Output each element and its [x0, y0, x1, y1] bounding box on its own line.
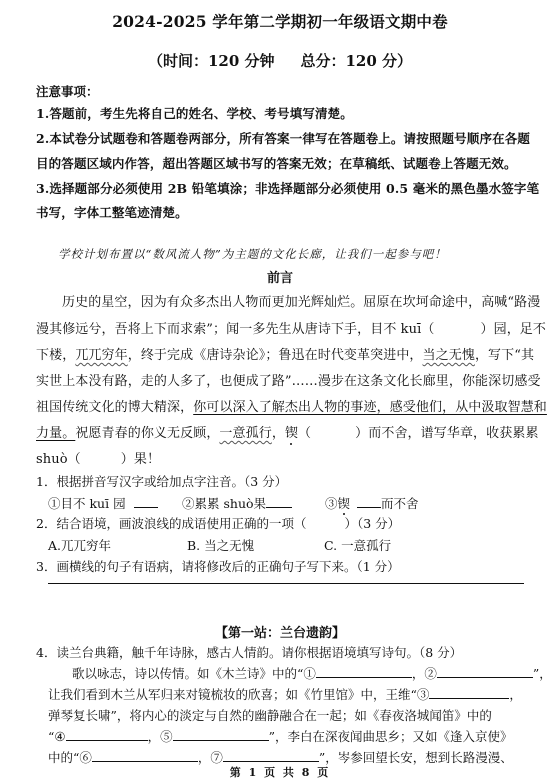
preface-line-3: 下楼，兀兀穷年，终于完成《唐诗杂论》；鲁迅在时代变革突进中，当之无愧，写下“其 [36, 344, 534, 363]
answer-blank[interactable] [266, 495, 292, 508]
question-3-stem: 3．画横线的句子有语病，请将修改后的正确句子写下来。（1 分） [36, 557, 400, 575]
preface-line-5: 祖国传统文化的博大精深，你可以深入了解杰出人物的事迹，感受他们，从中汲取智慧和 [36, 396, 547, 415]
preface-text: ）果！ [121, 452, 160, 467]
blank-7[interactable] [223, 749, 319, 762]
exam-subtitle: （时间：120 分钟总分：120 分） [0, 50, 560, 71]
preface-line-2: 漫其修远兮，吾将上下而求索”；闻一多先生从唐诗下手，目不 kuī（）园，足不 [36, 318, 546, 337]
question-1-stem: 1．根据拼音写汉字或给加点字注音。（3 分） [36, 472, 287, 490]
q4-text: 歌以咏志，诗以传情。如《木兰诗》中的“① [72, 666, 316, 681]
question-1-item-3: ③锲 而不舍 [325, 494, 419, 512]
blank-1[interactable] [316, 665, 412, 678]
q4-text: 让我们看到木兰从军归来对镜梳妆的欣喜；如《竹里馆》中，王维“③ [48, 687, 429, 702]
idiom-dangzhiwukui: 当之无愧 [423, 348, 475, 363]
dotted-char-qie: 锲 [285, 426, 298, 441]
blank-3[interactable] [429, 686, 509, 699]
stem-text: ）（3 分） [344, 516, 400, 531]
notice-line-2: 2.本试卷分试题卷和答题卷两部分，所有答案一律写在答题卷上。请按照题号顺序在各题 [36, 129, 530, 147]
question-4-line-1: 歌以咏志，诗以传情。如《木兰诗》中的“①，②”， [72, 664, 552, 682]
page-number: 第 1 页 共 8 页 [0, 764, 560, 780]
question-1-item-1: ①目不 kuī 园 [48, 494, 158, 512]
q4-text: ，⑦ [198, 750, 223, 765]
preface-text: shuò（ [36, 452, 81, 467]
item-label: ③ [325, 496, 338, 511]
time-label: （时间：120 分钟 [148, 52, 275, 70]
preface-line-1: 历史的星空，因为有众多杰出人物而更加光辉灿烂。屈原在坎坷命途中，高喊“路漫 [62, 291, 540, 310]
preface-text: （ [298, 426, 311, 441]
dotted-char-qie: 锲 [338, 496, 351, 511]
faulty-sentence-part1: 你可以深入了解杰出人物的事迹，感受他们，从中汲取智慧和 [193, 400, 547, 415]
answer-blank[interactable] [134, 495, 158, 508]
answer-blank[interactable] [357, 495, 381, 508]
q4-text: ，② [412, 666, 437, 681]
question-4-line-2: 让我们看到木兰从军归来对镜梳妆的欣喜；如《竹里馆》中，王维“③， [48, 685, 522, 703]
q4-text: 中的“⑥ [48, 750, 92, 765]
stem-text: 2．结合语境，画波浪线的成语使用正确的一项（ [36, 516, 306, 531]
faulty-sentence-part2: 力量。 [36, 426, 75, 441]
preface-text: ，写下“其 [475, 348, 534, 363]
preface-line-7: shuò（）果！ [36, 448, 160, 467]
notice-line-3: 目的答题区域内作答，超出答题区域书写的答案无效；在草稿纸、试题卷上答题无效。 [36, 154, 517, 172]
notice-line-5: 书写，字体工整笔迹清楚。 [36, 203, 188, 221]
q4-text: ”，岑参回望长安，想到长路漫漫、 [319, 750, 513, 765]
question-4-line-3: 弹琴复长啸”，将内心的淡定与自然的幽静融合在一起；如《春夜洛城闻笛》中的 [48, 706, 492, 724]
question-1-item-2: ②累累 shuò果 [182, 494, 292, 512]
preface-text: 下楼， [36, 348, 75, 363]
q4-text: ，⑤ [148, 729, 173, 744]
blank-4[interactable] [66, 728, 148, 741]
exam-title: 2024-2025 学年第二学期初一年级语文期中卷 [0, 10, 560, 32]
question-4-line-4: “④，⑤”，李白在深夜闻曲思乡；又如《逢入京使》 [48, 727, 513, 745]
item-label: ②累累 shuò果 [182, 496, 266, 511]
question-2-option-b[interactable]: B. 当之无愧 [187, 536, 254, 554]
question-4-stem: 4．读兰台典籍，触千年诗脉，感古人情韵。请你根据语境填写诗句。（8 分） [36, 643, 462, 661]
preface-text: ）园，足不 [481, 322, 547, 337]
question-3-answer-line[interactable] [48, 583, 524, 584]
preface-text: ）而不舍，谱写华章，收获累累 [355, 426, 538, 441]
question-2-option-a[interactable]: A.兀兀穷年 [48, 536, 111, 554]
preface-title: 前言 [0, 267, 560, 286]
station-1-title: 【第一站：兰台遗韵】 [0, 622, 560, 641]
blank-6[interactable] [92, 749, 198, 762]
idiom-yiyiguxing: 一意孤行 [219, 426, 271, 441]
score-label: 总分：120 分） [301, 52, 413, 70]
notice-line-1: 1.答题前，考生先将自己的姓名、学校、考号填写清楚。 [36, 104, 353, 122]
q4-text: ”， [533, 666, 552, 681]
idiom-wuwuqiongnian: 兀兀穷年 [75, 348, 127, 363]
notice-heading: 注意事项： [36, 82, 99, 100]
preface-line-4: 实世上本没有路，走的人多了，也便成了路”……漫步在这条文化长廊里，你能深切感受 [36, 370, 541, 389]
q4-text: ， [509, 687, 522, 702]
notice-line-4: 3.选择题部分必须使用 2B 铅笔填涂；非选择题部分必须使用 0.5 毫米的黑色… [36, 179, 539, 197]
blank-2[interactable] [437, 665, 533, 678]
preface-line-6: 力量。祝愿青春的你义无反顾，一意孤行，锲（）而不舍，谱写华章，收获累累 [36, 422, 539, 441]
preface-text: ， [272, 426, 285, 441]
intro-text: 学校计划布置以“数风流人物”为主题的文化长廊，让我们一起参与吧！ [58, 246, 447, 262]
blank-5[interactable] [173, 728, 269, 741]
preface-text: 祝愿青春的你义无反顾， [75, 426, 219, 441]
item-label: 而不舍 [381, 496, 419, 511]
q4-text: ”，李白在深夜闻曲思乡；又如《逢入京使》 [269, 729, 513, 744]
question-2-option-c[interactable]: C. 一意孤行 [324, 536, 391, 554]
preface-text: ，终于完成《唐诗杂论》；鲁迅在时代变革突进中， [128, 348, 423, 363]
question-2-stem: 2．结合语境，画波浪线的成语使用正确的一项（）（3 分） [36, 514, 400, 532]
preface-text: 祖国传统文化的博大精深， [36, 400, 193, 415]
preface-text: 漫其修远兮，吾将上下而求索”；闻一多先生从唐诗下手，目不 kuī（ [36, 322, 435, 337]
q4-text: “④ [48, 729, 66, 744]
item-label: ①目不 kuī 园 [48, 496, 126, 511]
